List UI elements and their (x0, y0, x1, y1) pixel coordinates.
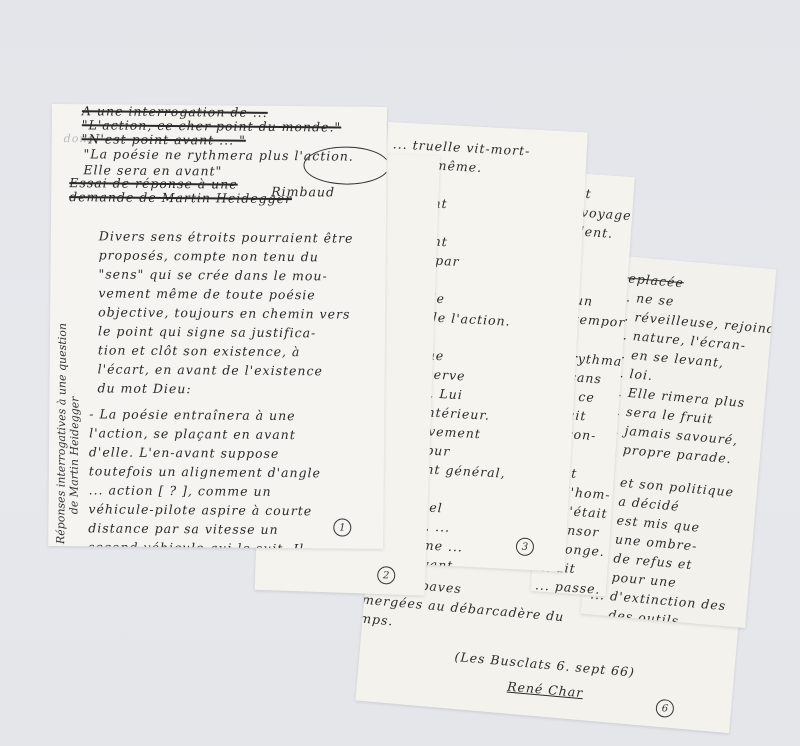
body-paragraph-2: - La poésie entraînera à une l'action, s… (88, 404, 322, 549)
epigraph-circle (303, 146, 387, 185)
struck-title: Essai de réponse à une demande de Martin… (69, 176, 292, 206)
page-number-1: 1 (333, 518, 351, 536)
manuscript-page-1: dons Réponses interrogatives à une quest… (48, 104, 387, 549)
body-paragraph-1: Divers sens étroits pourraient être prop… (97, 226, 353, 399)
page-number-6: 6 (655, 699, 675, 719)
signature-date: (Les Busclats 6. sept 66) (454, 649, 636, 680)
struck-header: A une interrogation de ... "L'action, ce… (82, 104, 342, 148)
page-number-3: 3 (515, 537, 534, 556)
page-number-2: 2 (377, 566, 396, 585)
margin-note: Réponses interrogatives à une question d… (54, 323, 82, 544)
signature: René Char (507, 679, 584, 701)
